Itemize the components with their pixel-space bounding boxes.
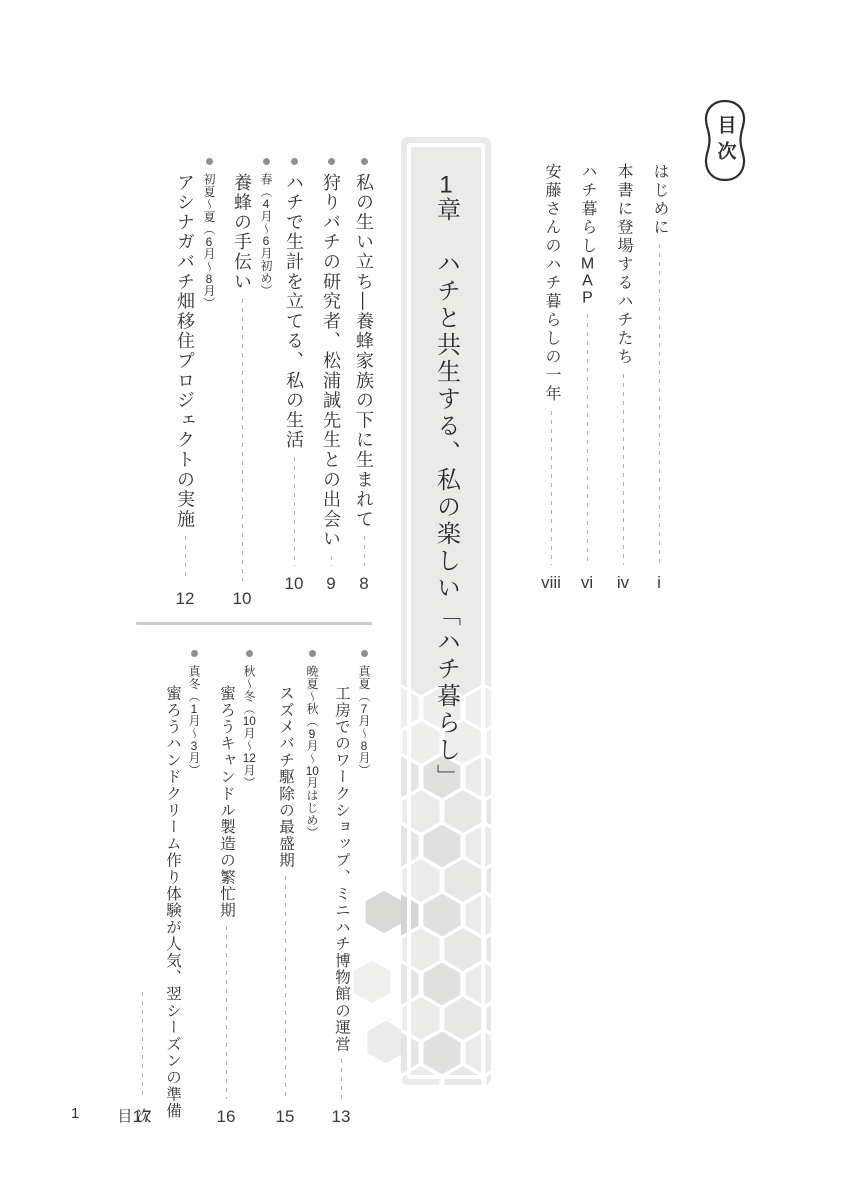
entry-title: 養蜂の手伝い <box>225 173 259 292</box>
entry-page-number: 10 <box>285 574 304 594</box>
chapter-heading: 1章 ハチと共生する、私の楽しい「ハチ暮らし」 <box>429 173 464 791</box>
dotted-leader <box>142 992 143 1099</box>
toc-badge: 目次 <box>697 99 753 183</box>
dotted-leader <box>587 314 588 566</box>
toc-entry-ashinagabachi: アシナガバチ畑移住プロジェクトの実施 12 <box>168 158 202 609</box>
bullet-icon <box>206 158 213 165</box>
entry-page-number: viii <box>541 573 561 593</box>
entry-title: ハチ暮らしMAP <box>570 163 604 307</box>
toc-entry-candle: 蜜ろうキャンドル製造の繁忙期 16 <box>209 650 243 1127</box>
entry-title: ハチで生計を立てる、私の生活 <box>277 173 311 450</box>
entry-page-number: 12 <box>176 589 195 609</box>
toc-entry-kobo: 工房でのワークショップ、ミニハチ博物館の運営 13 <box>324 650 358 1127</box>
entry-page-number: iv <box>617 573 629 593</box>
chapter-banner: 1章 ハチと共生する、私の楽しい「ハチ暮らし」 <box>401 137 491 1085</box>
season-label-banka: 晩夏～秋（9月～10月はじめ） <box>298 650 326 839</box>
dotted-leader <box>331 556 332 566</box>
entry-page-number: 13 <box>332 1107 351 1127</box>
entry-title: はじめに <box>642 163 676 237</box>
entry-title: アシナガバチ畑移住プロジェクトの実施 <box>168 173 202 529</box>
entry-page-number: i <box>657 573 661 593</box>
footer-label: 目次 <box>117 1105 155 1126</box>
toc-entry-kenkyusha: 狩りバチの研究者、松浦誠先生との出会い 9 <box>314 158 348 594</box>
dotted-leader <box>364 536 365 566</box>
bullet-icon <box>246 650 253 657</box>
toc-entry-ichinen: 安藤さんのハチ暮らしの一年 viii <box>534 163 568 593</box>
entry-title: 蜜ろうハンドクリーム作り体験が人気、翌シーズンの準備 <box>157 685 187 985</box>
toc-entry-map: ハチ暮らしMAP vi <box>570 163 604 593</box>
entry-page-number: 16 <box>217 1107 236 1127</box>
entry-title: 安藤さんのハチ暮らしの一年 <box>534 163 568 404</box>
entry-title: 工房でのワークショップ、ミニハチ博物館の運営 <box>326 685 356 1052</box>
bullet-icon <box>263 158 270 165</box>
page-footer: 1 目次 <box>71 1105 155 1126</box>
toc-entry-seikei: ハチで生計を立てる、私の生活 10 <box>277 158 311 594</box>
entry-title: 蜜ろうキャンドル製造の繁忙期 <box>211 685 241 919</box>
entry-page-number: 10 <box>233 589 252 609</box>
honeycomb-overflow-pattern <box>352 872 404 1082</box>
bullet-icon <box>191 650 198 657</box>
entry-page-number: 15 <box>276 1107 295 1127</box>
dotted-leader <box>659 244 660 565</box>
bullet-icon <box>328 158 335 165</box>
dotted-leader <box>185 536 186 581</box>
footer-page-number: 1 <box>71 1105 79 1126</box>
dotted-leader <box>341 1059 342 1099</box>
toc-entry-handcream: 蜜ろうハンドクリーム作り体験が人気、翌シーズンの準備 17 <box>115 650 187 1127</box>
entry-page-number: 9 <box>326 574 335 594</box>
toc-entry-hajimeni: はじめに i <box>642 163 676 593</box>
entry-title: 本書に登場するハチたち <box>606 163 640 367</box>
entry-title: 私の生い立ち―養蜂家族の下に生まれて <box>347 173 381 529</box>
bullet-icon <box>361 158 368 165</box>
toc-entry-suzumebachi: スズメバチ駆除の最盛期 15 <box>268 650 302 1127</box>
toc-entry-honsho: 本書に登場するハチたち iv <box>606 163 640 593</box>
dotted-leader <box>623 374 624 566</box>
dotted-leader <box>226 926 227 1099</box>
bullet-icon <box>291 158 298 165</box>
toc-entry-oitachi: 私の生い立ち―養蜂家族の下に生まれて 8 <box>347 158 381 594</box>
toc-entry-yoho-tetsudai: 養蜂の手伝い 10 <box>225 158 259 609</box>
dotted-leader <box>294 457 295 566</box>
season-text: 晩夏～秋（9月～10月はじめ） <box>298 665 326 839</box>
entry-page-number: vi <box>581 573 593 593</box>
toc-badge-title: 目次 <box>712 115 739 167</box>
dotted-leader <box>285 876 286 1099</box>
entry-title: 狩りバチの研究者、松浦誠先生との出会い <box>314 173 348 549</box>
bullet-icon <box>309 650 316 657</box>
dotted-leader <box>551 411 552 566</box>
section-divider <box>136 622 372 625</box>
dotted-leader <box>242 299 243 581</box>
entry-title: スズメバチ駆除の最盛期 <box>270 685 300 869</box>
bullet-icon <box>361 650 368 657</box>
entry-page-number: 8 <box>359 574 368 594</box>
